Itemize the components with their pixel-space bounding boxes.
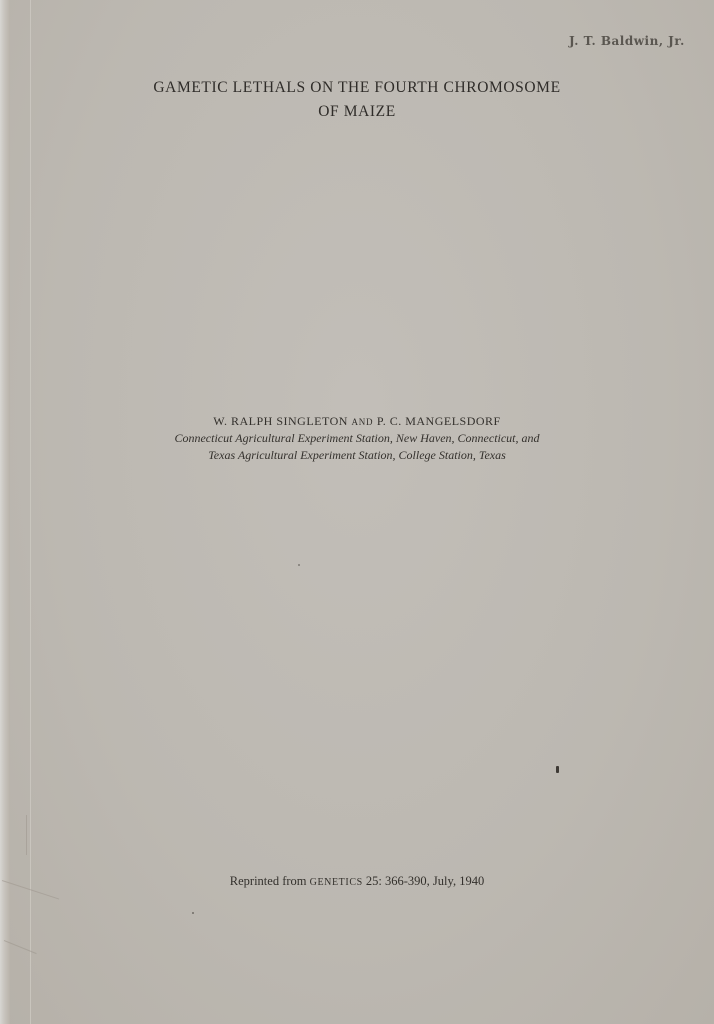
author-2: P. C. MANGELSDORF: [377, 414, 501, 428]
paper-crease: [26, 815, 27, 855]
binding-spine: [0, 0, 10, 1024]
reprint-volume: 25:: [366, 874, 382, 888]
reprint-citation: Reprinted from GENETICS 25: 366-390, Jul…: [0, 874, 714, 889]
affiliation-line-1: Connecticut Agricultural Experiment Stat…: [0, 431, 714, 446]
author-conjunction: AND: [351, 417, 373, 427]
fold-line: [30, 0, 31, 1024]
ink-speck: [556, 766, 559, 773]
document-cover: J. T. Baldwin, Jr. GAMETIC LETHALS ON TH…: [0, 0, 714, 1024]
title-line-2: OF MAIZE: [0, 100, 714, 124]
owner-stamp: J. T. Baldwin, Jr.: [569, 34, 685, 48]
author-1: W. RALPH SINGLETON: [213, 414, 348, 428]
reprint-prefix: Reprinted from: [230, 874, 307, 888]
ink-speck: [298, 564, 300, 566]
reprint-journal: GENETICS: [310, 877, 363, 888]
reprint-pages-date: 366-390, July, 1940: [385, 874, 484, 888]
document-title: GAMETIC LETHALS ON THE FOURTH CHROMOSOME…: [0, 76, 714, 124]
authors: W. RALPH SINGLETON AND P. C. MANGELSDORF: [0, 414, 714, 429]
ink-speck: [192, 912, 194, 914]
title-line-1: GAMETIC LETHALS ON THE FOURTH CHROMOSOME: [0, 76, 714, 100]
affiliation-line-2: Texas Agricultural Experiment Station, C…: [0, 448, 714, 463]
